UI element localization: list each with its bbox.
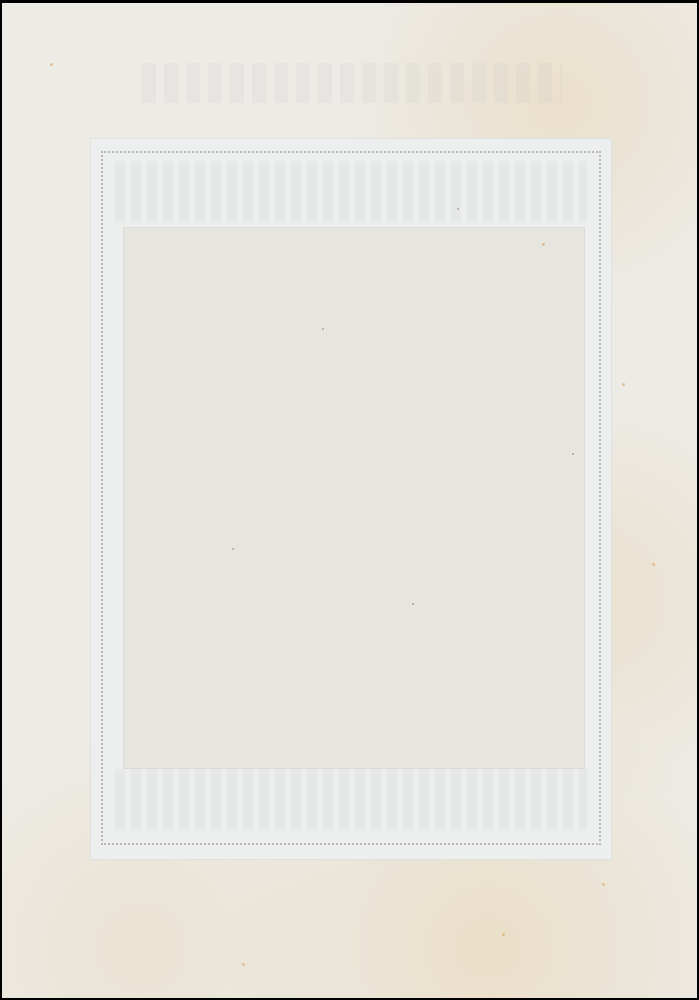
foxing-spots: [2, 3, 697, 998]
stain: [50, 63, 53, 66]
stain: [652, 563, 655, 566]
speck: [412, 603, 414, 605]
stamp-sheet-back: [2, 3, 697, 998]
speck: [572, 453, 574, 455]
speck: [232, 548, 234, 550]
stain: [242, 963, 245, 966]
stain: [502, 933, 505, 936]
stain: [542, 243, 545, 246]
speck: [322, 328, 324, 330]
stain: [602, 883, 605, 886]
stain: [622, 383, 625, 386]
speck: [457, 208, 459, 210]
